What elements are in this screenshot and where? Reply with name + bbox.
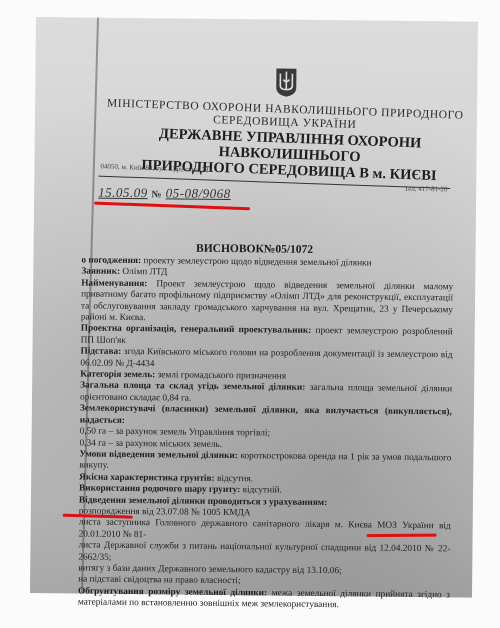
trident-coat-of-arms-icon: [275, 68, 297, 98]
phone: Тел. 417-81-20: [404, 185, 447, 193]
number-sign: №: [151, 189, 162, 200]
red-underline-outgoing: [94, 202, 250, 211]
scanned-document-page: МІНІСТЕРСТВО ОХОРОНИ НАВКОЛИШНЬОГО ПРИРО…: [30, 17, 478, 598]
red-underline-ref-22: [367, 534, 437, 537]
section-area-justification: Обгрунтування розміру земельної ділянки:…: [78, 586, 450, 613]
outgoing-reference: 15.05.09 № 05-08/9068: [98, 185, 231, 202]
section-name: Найменування: Проект землеустрою щодо ві…: [81, 278, 453, 328]
outgoing-number: 05-08/9068: [166, 185, 231, 201]
outgoing-date: 15.05.09: [98, 185, 148, 201]
document-body: о погодження: проекту землеустрою щодо в…: [78, 255, 454, 612]
